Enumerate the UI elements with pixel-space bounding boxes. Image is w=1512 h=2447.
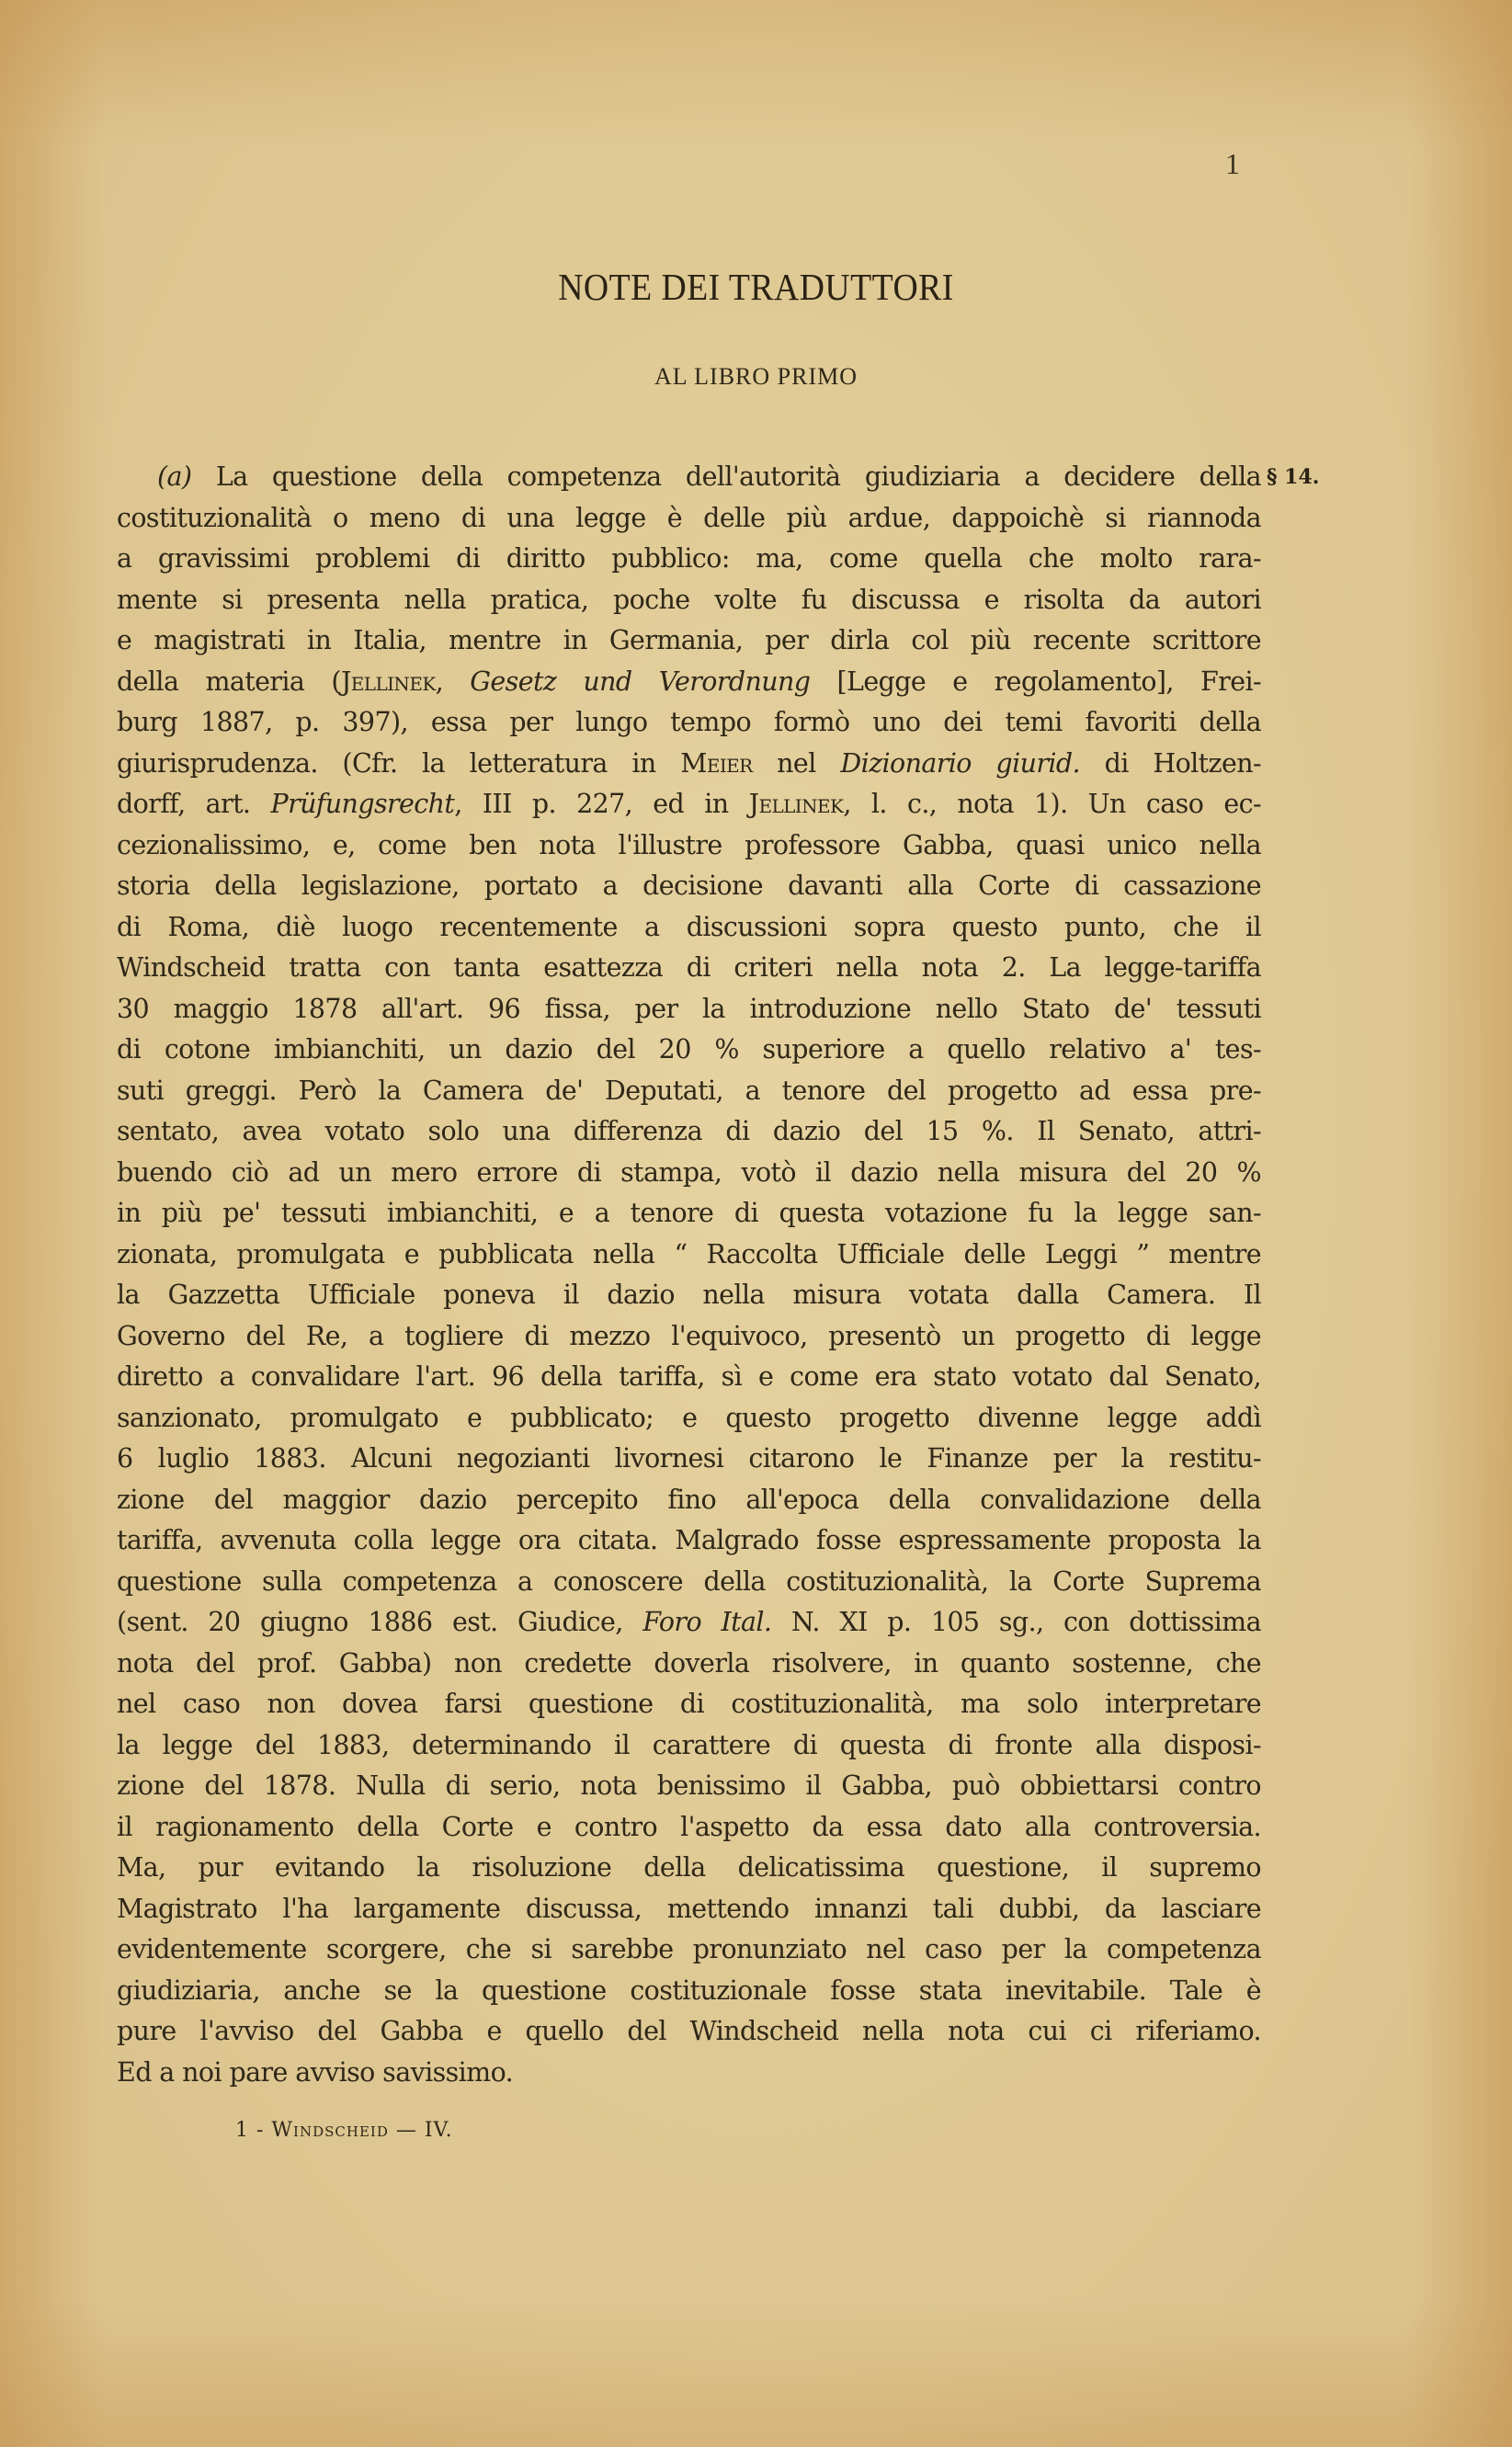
text-line: questione sulla competenza a conoscere d… <box>117 1562 1261 1603</box>
printer-signature: 1 - Windscheid — IV. <box>235 2119 453 2142</box>
section-reference: § 14. <box>1267 457 1319 498</box>
text-line: 6 luglio 1883. Alcuni negozianti livorne… <box>117 1439 1261 1480</box>
text-line: sanzionato, promulgato e pubblicato; e q… <box>117 1398 1261 1440</box>
text-line: la Gazzetta Ufficiale poneva il dazio ne… <box>117 1275 1261 1316</box>
work-title: Prüfungsrecht <box>271 789 455 819</box>
text-line: Windscheid tratta con tanta esattezza di… <box>117 948 1261 989</box>
text-line: (sent. 20 giugno 1886 est. Giudice, Foro… <box>117 1602 1261 1644</box>
text-line: della materia (Jellinek, Gesetz und Vero… <box>117 662 1261 703</box>
text-line: 30 maggio 1878 all'art. 96 fissa, per la… <box>117 989 1261 1030</box>
page-number: 1 <box>1225 147 1240 181</box>
text-line: Ed a noi pare avviso savissimo. <box>117 2053 1261 2094</box>
author-name: Meier <box>680 748 752 779</box>
text-line: giudiziaria, anche se la questione costi… <box>117 1971 1261 2012</box>
text-line: zionata, promulgata e pubblicata nella “… <box>117 1235 1261 1276</box>
page-subtitle: AL LIBRO PRIMO <box>0 363 1512 391</box>
text-line: tariffa, avvenuta colla legge ora citata… <box>117 1520 1261 1562</box>
note-marker: (a) <box>157 461 191 492</box>
text-line: nota del prof. Gabba) non credette dover… <box>117 1644 1261 1685</box>
text-line: pure l'avviso del Gabba e quello del Win… <box>117 2011 1261 2053</box>
text-line: in più pe' tessuti imbianchiti, e a teno… <box>117 1193 1261 1235</box>
work-title: Gesetz und Verordnung <box>470 666 810 697</box>
text-line: (a) La questione della competenza dell'a… <box>117 457 1261 498</box>
text-line: costituzionalità o meno di una legge è d… <box>117 498 1261 540</box>
text-line: di Roma, diè luogo recentemente a discus… <box>117 907 1261 949</box>
text-line: giurisprudenza. (Cfr. la letteratura in … <box>117 744 1261 785</box>
text-line: suti greggi. Però la Camera de' Deputati… <box>117 1071 1261 1112</box>
text-line: nel caso non dovea farsi questione di co… <box>117 1684 1261 1725</box>
text-line: cezionalissimo, e, come ben nota l'illus… <box>117 825 1261 867</box>
text-line: di cotone imbianchiti, un dazio del 20 %… <box>117 1030 1261 1071</box>
text-line: diretto a convalidare l'art. 96 della ta… <box>117 1357 1261 1398</box>
text-line: dorff, art. Prüfungsrecht, III p. 227, e… <box>117 784 1261 825</box>
text-line: zione del maggior dazio percepito fino a… <box>117 1480 1261 1521</box>
text-line: sentato, avea votato solo una differenza… <box>117 1111 1261 1153</box>
text-line: zione del 1878. Nulla di serio, nota ben… <box>117 1766 1261 1807</box>
text-line: la legge del 1883, determinando il carat… <box>117 1725 1261 1767</box>
text-line: mente si presenta nella pratica, poche v… <box>117 580 1261 621</box>
work-title: Dizionario giurid. <box>840 748 1080 779</box>
text-line: Magistrato l'ha largamente discussa, met… <box>117 1889 1261 1930</box>
text-line: buendo ciò ad un mero errore di stampa, … <box>117 1153 1261 1194</box>
author-name: Jellinek <box>341 666 436 697</box>
author-name: Jellinek <box>749 789 844 819</box>
note-body: (a) La questione della competenza dell'a… <box>117 457 1261 2093</box>
text-line: evidentemente scorgere, che si sarebbe p… <box>117 1929 1261 1971</box>
text-line: e magistrati in Italia, mentre in German… <box>117 620 1261 662</box>
text-line: burg 1887, p. 397), essa per lungo tempo… <box>117 702 1261 744</box>
text-line: il ragionamento della Corte e contro l'a… <box>117 1807 1261 1849</box>
text-line: Governo del Re, a togliere di mezzo l'eq… <box>117 1316 1261 1358</box>
work-title: Foro Ital. <box>642 1607 771 1637</box>
text-line: Ma, pur evitando la risoluzione della de… <box>117 1848 1261 1889</box>
text-line: a gravissimi problemi di diritto pubblic… <box>117 539 1261 580</box>
page-title: NOTE DEI TRADUTTORI <box>61 265 1451 309</box>
text-line: storia della legislazione, portato a dec… <box>117 866 1261 907</box>
